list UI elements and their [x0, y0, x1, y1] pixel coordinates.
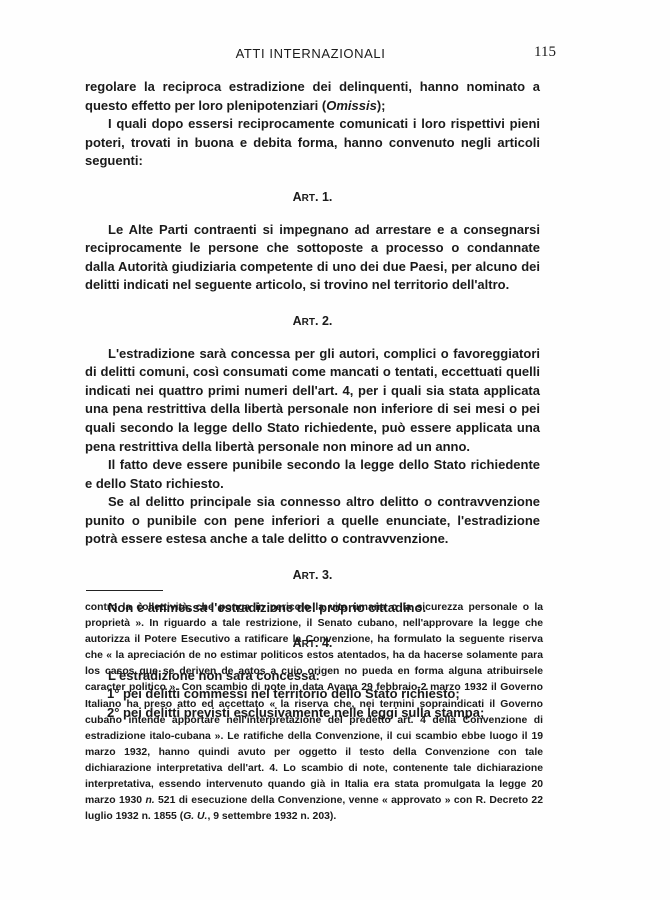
footnote-divider — [86, 590, 163, 591]
heading-initial: A — [293, 568, 302, 582]
heading-smallcaps: RT — [302, 571, 315, 582]
running-title: ATTI INTERNAZIONALI — [83, 46, 538, 61]
heading-initial: A — [293, 314, 302, 328]
footnote-body: contro la collettività, che ponga in per… — [85, 602, 543, 806]
article-2-paragraph-1: L'estradizione sarà concessa per gli aut… — [85, 345, 540, 457]
preamble-text: regolare la reciproca estradizione dei d… — [85, 79, 540, 113]
article-2-paragraph-2: Il fatto deve essere punibile secondo la… — [85, 456, 540, 493]
heading-initial: A — [293, 190, 302, 204]
running-header: ATTI INTERNAZIONALI 115 — [83, 46, 538, 66]
paragraph-preamble: regolare la reciproca estradizione dei d… — [85, 78, 540, 115]
footnote-n-italic: n. — [145, 795, 154, 806]
heading-smallcaps: RT — [302, 317, 315, 328]
article-2-heading: ART. 2. — [85, 312, 540, 333]
page-number: 115 — [534, 44, 556, 61]
heading-smallcaps: RT — [302, 193, 315, 204]
footnote-text: contro la collettività, che ponga in per… — [85, 600, 543, 825]
preamble-end: ); — [377, 98, 386, 113]
paragraph-credentials: I quali dopo essersi reciprocamente comu… — [85, 115, 540, 171]
footnote-gu-italic: G. U. — [183, 811, 207, 822]
article-1-text: Le Alte Parti contraenti si impegnano ad… — [85, 221, 540, 295]
article-3-heading: ART. 3. — [85, 566, 540, 587]
article-2-paragraph-3: Se al delitto principale sia connesso al… — [85, 493, 540, 549]
heading-number: . 2. — [315, 314, 332, 328]
omissis-italic: Omissis — [326, 98, 377, 113]
footnote-body-3: , 9 settembre 1932 n. 203). — [207, 811, 336, 822]
article-1-heading: ART. 1. — [85, 188, 540, 209]
heading-number: . 1. — [315, 190, 332, 204]
footnote: contro la collettività, che ponga in per… — [85, 600, 543, 825]
document-page: ATTI INTERNAZIONALI 115 regolare la reci… — [0, 0, 670, 900]
heading-number: . 3. — [315, 568, 332, 582]
